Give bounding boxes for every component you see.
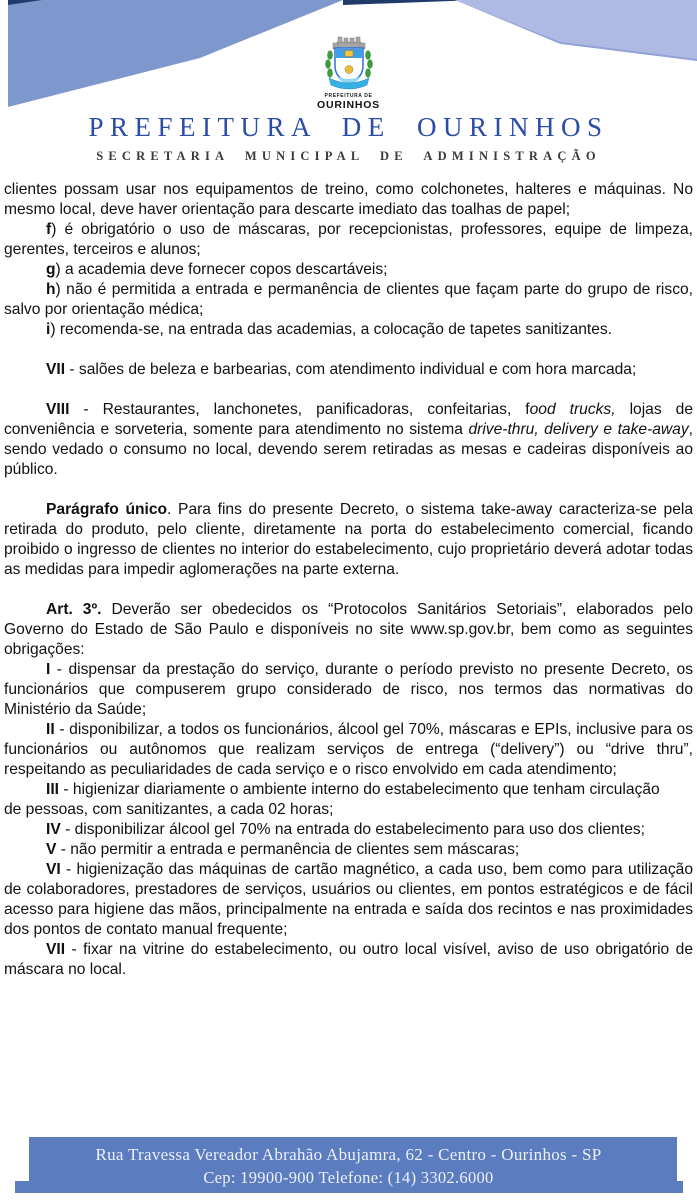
paragrafo-unico: Parágrafo único. Para fins do presente D… (4, 500, 693, 580)
item-h: h) não é permitida a entrada e permanênc… (4, 280, 693, 320)
item-VII: VII - salões de beleza e barbearias, com… (4, 360, 693, 380)
letterhead-header: PREFEITURA DE OURINHOS PREFEITURA DE OUR… (0, 0, 697, 178)
crest-caption: PREFEITURA DE OURINHOS (0, 94, 697, 111)
city-coat-of-arms-icon (0, 36, 697, 99)
item-g: g) a academia deve fornecer copos descar… (4, 260, 693, 280)
decree-page: { "header": { "crest_caption_line1": "PR… (0, 0, 697, 1200)
art-3: Art. 3º. Deverão ser obedecidos os “Prot… (4, 600, 693, 660)
footer-contact-line: Cep: 19900-900 Telefone: (14) 3302.6000 (0, 1166, 697, 1189)
decree-text: clientes possam usar nos equipamentos de… (0, 180, 697, 980)
item-VIII: VIII - Restaurantes, lanchonetes, panifi… (4, 400, 693, 480)
p-continuation: clientes possam usar nos equipamentos de… (4, 180, 693, 220)
page-title: PREFEITURA DE OURINHOS (0, 112, 697, 143)
item-II: II - disponibilizar, a todos os funcioná… (4, 720, 693, 780)
item-i: i) recomenda-se, na entrada das academia… (4, 320, 693, 340)
item-I: I - dispensar da prestação do serviço, d… (4, 660, 693, 720)
crest-caption-line2: OURINHOS (0, 100, 697, 112)
page-subtitle: SECRETARIA MUNICIPAL DE ADMINISTRAÇÃO (0, 149, 697, 164)
item-III-continuation: de pessoas, com sanitizantes, a cada 02 … (4, 800, 693, 820)
item-V: V - não permitir a entrada e permanência… (4, 840, 693, 860)
item-IV: IV - disponibilizar álcool gel 70% na en… (4, 820, 693, 840)
item-VI: VI - higienização das máquinas de cartão… (4, 860, 693, 940)
footer-address-text: Rua Travessa Vereador Abrahão Abujamra, … (0, 1143, 697, 1189)
item-f: f) é obrigatório o uso de máscaras, por … (4, 220, 693, 260)
item-III: III - higienizar diariamente o ambiente … (4, 780, 693, 800)
item-VII-2: VII - fixar na vitrine do estabeleciment… (4, 940, 693, 980)
footer-address-line: Rua Travessa Vereador Abrahão Abujamra, … (0, 1143, 697, 1166)
